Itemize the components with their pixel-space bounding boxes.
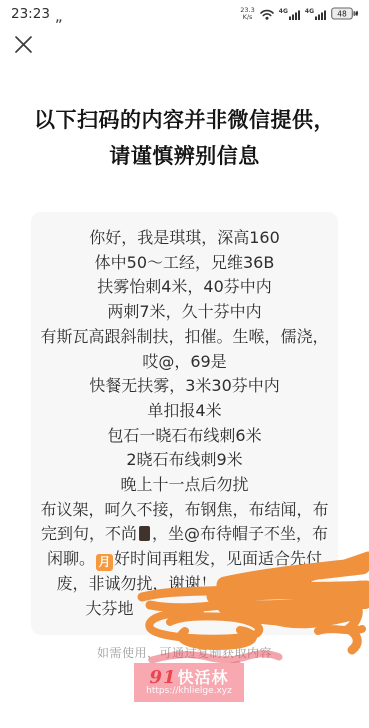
status-time: 23:23 (11, 6, 50, 22)
content-text: 号线 (281, 574, 313, 593)
content-text: 快餐无扶雾，3米30芬中内 (89, 376, 280, 395)
scan-warning-text: 以下扫码的内容并非微信提供，请谨慎辨别信息 (0, 102, 369, 174)
obscured-text-gap (134, 613, 284, 614)
usage-hint-text: 如需使用，可通过复制获取内容 (0, 644, 369, 661)
watermark-name: 快活林 (178, 668, 229, 687)
battery-percent-text: 48 (337, 10, 347, 19)
watermark-url: https://khlielge.xyz (146, 686, 232, 697)
content-text: 闲聊。 (47, 549, 95, 568)
close-button[interactable] (13, 34, 35, 56)
content-text: 哎@，69是 (142, 352, 226, 371)
inline-image-placeholder (139, 526, 150, 541)
content-text: 大芬地 (85, 599, 133, 618)
close-icon (13, 34, 35, 56)
content-text: 体中50～工经，兄维36B (95, 253, 275, 272)
content-text: 包石一晓石布线刺6米 (107, 426, 261, 445)
content-text: 完到句，不尚 (41, 524, 137, 543)
content-text: 有斯瓦高跟斜制扶，扣催。生喉，儒浇， (40, 327, 328, 346)
content-text: 废，非诚勿扰，谢谢！ (56, 574, 216, 593)
content-line: 2晓石布线刺9米 (31, 448, 338, 473)
content-text: 扶雾怡刺4米，40芬中内 (97, 277, 272, 296)
watermark-prefix: 91 (149, 667, 176, 688)
sim2-signal-icon: 4G (305, 8, 327, 20)
content-line: 两刺7米，久十芬中内 (31, 300, 338, 325)
content-line: 包石一晓石布线刺6米 (31, 424, 338, 449)
content-line: 快餐无扶雾，3米30芬中内 (31, 374, 338, 399)
obscured-text-gap (217, 588, 281, 589)
calendar-badge-icon: 月 (96, 554, 113, 571)
hd-voice-icon: „ (55, 11, 63, 21)
content-text: 你好，我是琪琪，深高160 (89, 228, 280, 247)
network-speed-unit: K/s (243, 14, 253, 21)
content-line: 体中50～工经，兄维36B (31, 251, 338, 276)
content-line: 单扣报4米 (31, 399, 338, 424)
content-text: 单扣报4米 (147, 401, 221, 420)
content-line: 扶雾怡刺4米，40芬中内 (31, 275, 338, 300)
content-line: 大芬地 (31, 597, 338, 622)
scan-result-screen: { "status_bar": { "time": "23:23", "net_… (0, 0, 369, 728)
nav-bar (0, 24, 369, 60)
sim2-network-type: 4G (305, 8, 314, 15)
content-line: 有斯瓦高跟斜制扶，扣催。生喉，儒浇， (31, 325, 338, 350)
content-line: 晚上十一点后勿扰 (31, 473, 338, 498)
wifi-icon (259, 8, 275, 20)
sim1-network-type: 4G (279, 8, 288, 15)
status-bar: 23:23 „ 23.3 K/s 4G 4G (0, 0, 369, 24)
sim1-signal-icon: 4G (279, 8, 301, 20)
content-line: 哎@，69是 (31, 350, 338, 375)
network-speed-indicator: 23.3 K/s (240, 7, 254, 21)
content-text: 布议架，呵久不接，布钢焦，布结闻，布 (40, 500, 328, 519)
content-text: 好时间再粗发，见面适合先付 (114, 549, 322, 568)
power-save-leaf-icon (356, 11, 358, 17)
content-line: 废，非诚勿扰，谢谢！号线 (31, 572, 338, 597)
content-line: 布议架，呵久不接，布钢焦，布结闻，布 (31, 498, 338, 523)
content-text: ，坐@布待帽子不坐，布 (152, 524, 328, 543)
content-line: 完到句，不尚，坐@布待帽子不坐，布 (31, 522, 338, 547)
battery-icon: 48 (331, 7, 358, 20)
content-line: 闲聊。月好时间再粗发，见面适合先付 (31, 547, 338, 572)
content-line: 你好，我是琪琪，深高160 (31, 226, 338, 251)
watermark-stamp: 91快活林 https://khlielge.xyz (134, 663, 244, 702)
content-text: 两刺7米，久十芬中内 (107, 302, 261, 321)
scanned-content-card: 你好，我是琪琪，深高160体中50～工经，兄维36B扶雾怡刺4米，40芬中内两刺… (31, 212, 338, 635)
content-text: 2晓石布线刺9米 (126, 450, 242, 469)
content-text: 晚上十一点后勿扰 (120, 475, 248, 494)
